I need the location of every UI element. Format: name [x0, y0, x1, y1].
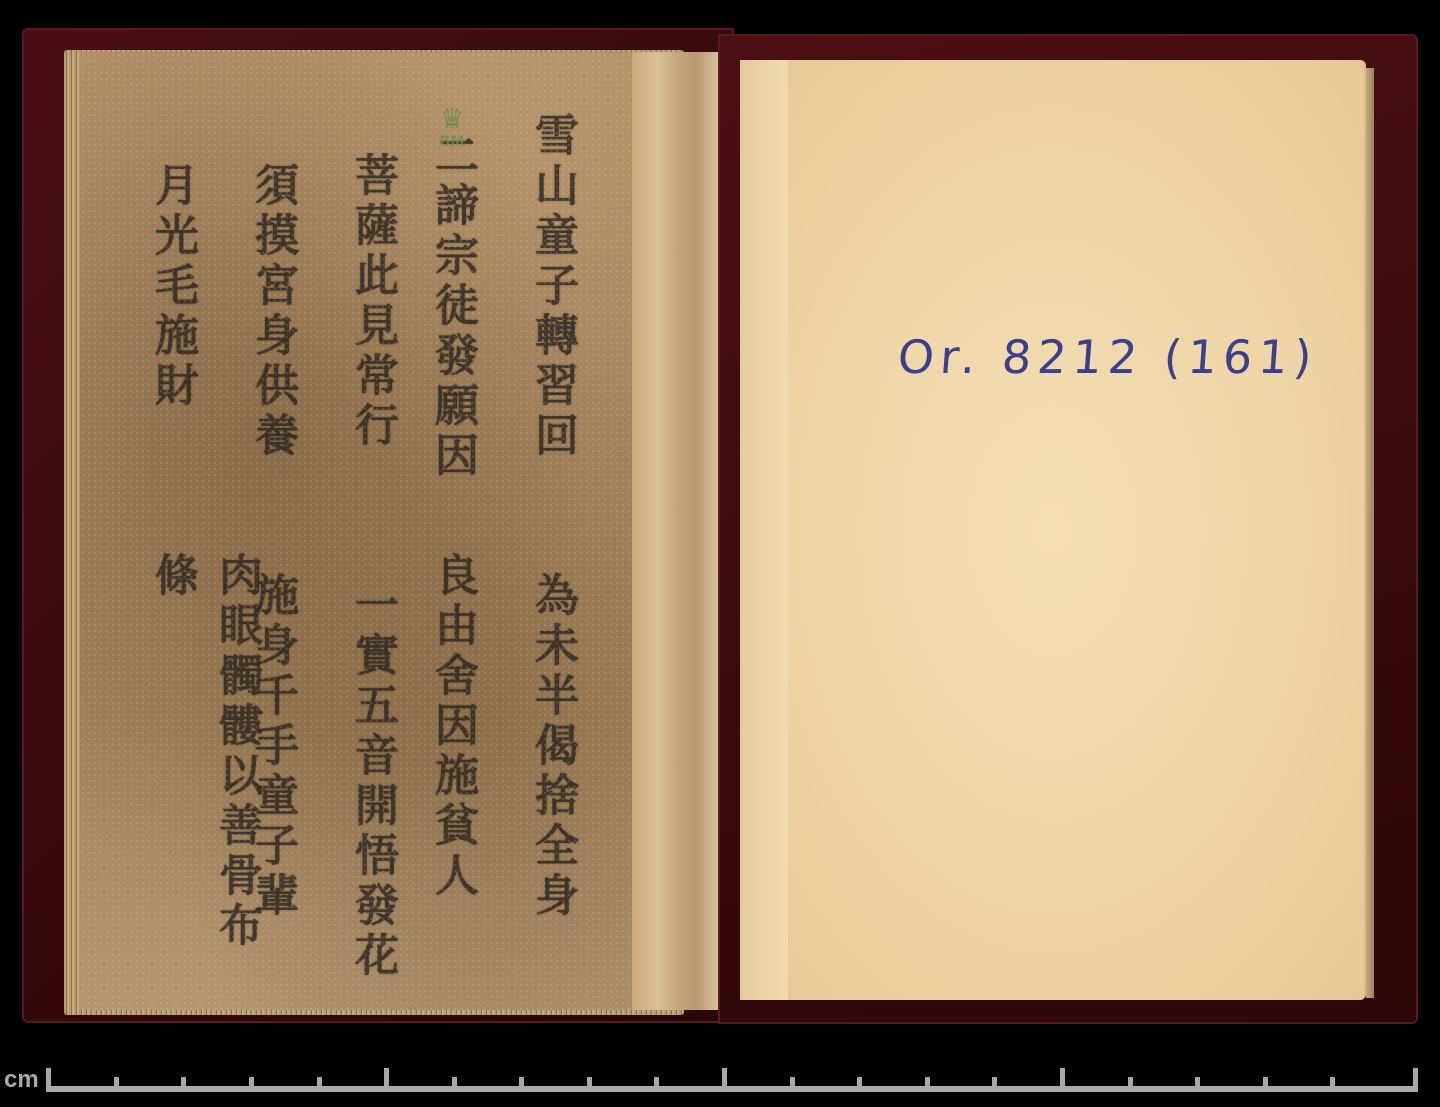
shelfmark-text: Or. 8212 (161) [896, 330, 1319, 384]
text-column-1: 雪山童子轉習回 [520, 112, 584, 972]
text-column-7: 須摸宮身供養 [240, 162, 304, 582]
text-column-2: 為未半偈捨全身 [520, 572, 584, 1032]
text-column-4: 良由舍因施貧人 [420, 552, 484, 992]
left-manuscript-page: 雪山童子轉習回 為未半偈捨全身 二諦宗徒發願因 良由舍因施貧人 菩薩此見常行 一… [80, 52, 654, 1010]
book-gutter [632, 52, 718, 1010]
text-column-9: 月光毛施財 [140, 162, 204, 582]
text-column-8: 施身千手童子輩 [240, 572, 304, 992]
text-column-5: 菩薩此見常行 [340, 152, 404, 592]
right-flyleaf-page [740, 60, 1366, 1000]
crown-icon: ♛ [430, 104, 474, 134]
flyleaf-hinge [740, 60, 788, 1000]
text-column-10: 肉眼髑髏以善骨布條 [140, 552, 268, 992]
ruler-icon [0, 1060, 1440, 1100]
text-column-6: 一實五音開悟發花 [340, 582, 404, 1022]
stamp-text: BM [430, 134, 474, 150]
museum-stamp: ♛ BM [430, 104, 474, 174]
open-book: 雪山童子轉習回 為未半偈捨全身 二諦宗徒發願因 良由舍因施貧人 菩薩此見常行 一… [22, 28, 1422, 1028]
right-page-edge [1366, 68, 1374, 998]
text-column-3: 二諦宗徒發願因 [420, 132, 484, 572]
scale-bar: cm [0, 1060, 1440, 1100]
